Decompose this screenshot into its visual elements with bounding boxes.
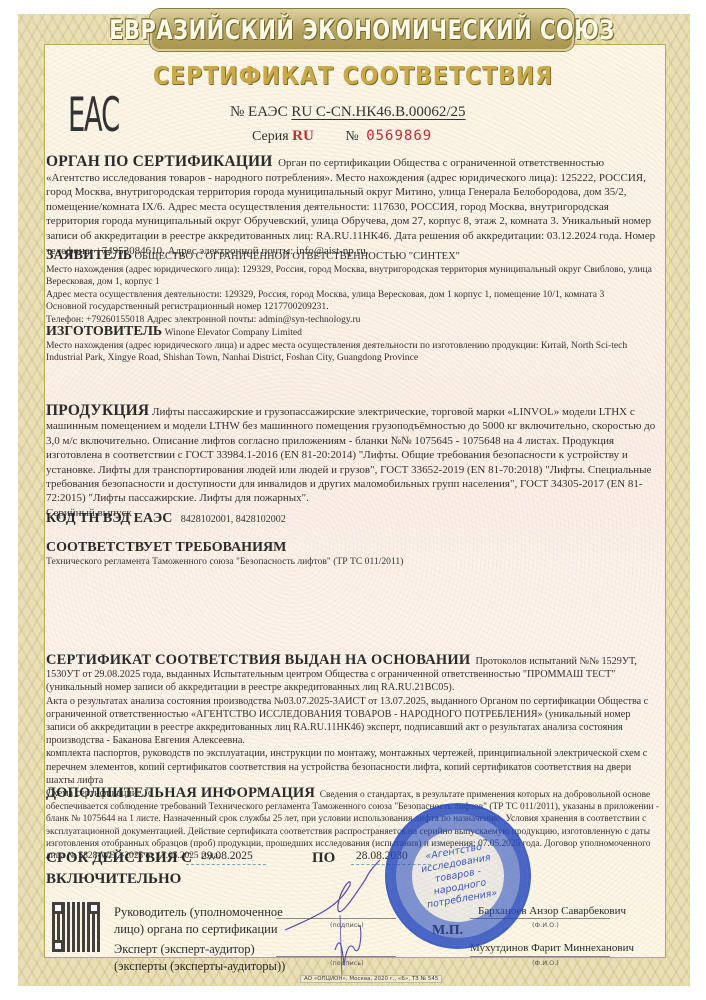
validity-from-label: СРОК ДЕЙСТВИЯ С (46, 850, 192, 866)
validity-from-date: 29.08.2025 (201, 850, 253, 862)
head-label-line: лицо) органа по сертификации (114, 921, 283, 938)
official-stamp-icon: «Агентство исследования товаров - народн… (385, 803, 531, 949)
head-label-line: Руководитель (уполномоченное (114, 904, 283, 921)
expert-label-line: Эксперт (эксперт-аудитор) (114, 941, 285, 958)
applicant-name: ОБЩЕСТВО С ОГРАНИЧЕННОЙ ОТВЕТСТВЕННОСТЬЮ… (134, 251, 460, 262)
basis-heading: СЕРТИФИКАТ СООТВЕТСТВИЯ ВЫДАН НА ОСНОВАН… (46, 652, 470, 668)
expert-name-line (470, 956, 610, 957)
basis-section: СЕРТИФИКАТ СООТВЕТСТВИЯ ВЫДАН НА ОСНОВАН… (46, 654, 660, 800)
manufacturer-name: Winone Elevator Company Limited (165, 327, 302, 338)
validity-inclusive-label: ВКЛЮЧИТЕЛЬНО (46, 871, 181, 888)
applicant-line: Адрес места осуществления деятельности: … (46, 289, 660, 302)
expert-signatory-label: Эксперт (эксперт-аудитор) (эксперты (экс… (114, 941, 285, 975)
validity-from-line (186, 864, 266, 865)
name-caption: (Ф.И.О.) (532, 921, 559, 929)
blank-number-label: № (345, 129, 358, 144)
applicant-line: Основной государственный регистрационный… (46, 301, 660, 314)
signature-scribble-icon (280, 855, 390, 980)
hs-code-heading: КОД ТН ВЭД ЕАЭС (46, 511, 172, 526)
certificate-number-value: RU C-CN.НК46.В.00062/25 (291, 104, 465, 120)
manufacturer-section: ИЗГОТОВИТЕЛЬ Winone Elevator Company Lim… (46, 326, 660, 365)
certification-body-section: ОРГАН ПО СЕРТИФИКАЦИИ Орган по сертифика… (46, 155, 660, 258)
applicant-heading: ЗАЯВИТЕЛЬ (46, 248, 132, 263)
certification-body-text: Орган по сертификации Общества с огранич… (46, 157, 655, 257)
product-heading: ПРОДУКЦИЯ (46, 402, 149, 419)
compliance-section: СООТВЕТСТВУЕТ ТРЕБОВАНИЯМ Технического р… (46, 541, 660, 568)
applicant-line: Место нахождения (адрес юридического лиц… (46, 264, 660, 289)
hs-code-section: КОД ТН ВЭД ЕАЭС 8428102001, 8428102002 (46, 512, 660, 528)
additional-info-heading: ДОПОЛНИТЕЛЬНАЯ ИНФОРМАЦИЯ (46, 785, 315, 801)
hs-code-value: 8428102001, 8428102002 (181, 514, 286, 525)
manufacturer-heading: ИЗГОТОВИТЕЛЬ (46, 324, 162, 339)
series-line: Серия RU № 0569869 (252, 128, 432, 145)
expert-name: Мухутдинов Фарит Миннеханович (470, 940, 634, 957)
compliance-text: Технического регламента Таможенного союз… (46, 556, 660, 569)
series-label: Серия (252, 129, 289, 144)
product-section: ПРОДУКЦИЯ Лифты пассажирские и грузопасс… (46, 404, 660, 520)
head-signatory-label: Руководитель (уполномоченное лицо) орган… (114, 904, 283, 938)
name-caption: (Ф.И.О.) (532, 959, 559, 967)
union-banner-text: ЕВРАЗИЙСКИЙ ЭКОНОМИЧЕСКИЙ СОЮЗ (109, 15, 615, 45)
manufacturer-address: Место нахождения (адрес юридического лиц… (46, 340, 660, 365)
certificate-number-label: № ЕАЭС (230, 104, 288, 120)
product-text: Лифты пассажирские и грузопассажирские э… (46, 406, 655, 504)
series-value: RU (292, 128, 314, 144)
union-banner: ЕВРАЗИЙСКИЙ ЭКОНОМИЧЕСКИЙ СОЮЗ (150, 9, 574, 51)
certificate-number: № ЕАЭС RU C-CN.НК46.В.00062/25 (230, 104, 466, 121)
expert-label-line: (эксперты (эксперты-аудиторы)) (114, 958, 285, 975)
print-info: АО «ОПЦИОН», Москва, 2020 г., «Б», ТЗ № … (300, 975, 442, 983)
blank-number-value: 0569869 (366, 128, 432, 144)
basis-line: Акта о результатах анализа состояния про… (46, 695, 660, 748)
compliance-heading: СООТВЕТСТВУЕТ ТРЕБОВАНИЯМ (46, 541, 660, 556)
eac-mark-icon: ЕАС (68, 87, 119, 142)
stamp-center-text: «Агентство исследования товаров - народн… (413, 840, 502, 913)
certification-body-heading: ОРГАН ПО СЕРТИФИКАЦИИ (46, 153, 273, 170)
basis-line: комплекта паспортов, руководств по экспл… (46, 747, 660, 787)
qr-code-icon (52, 902, 100, 952)
applicant-section: ЗАЯВИТЕЛЬ ОБЩЕСТВО С ОГРАНИЧЕННОЙ ОТВЕТС… (46, 250, 660, 327)
